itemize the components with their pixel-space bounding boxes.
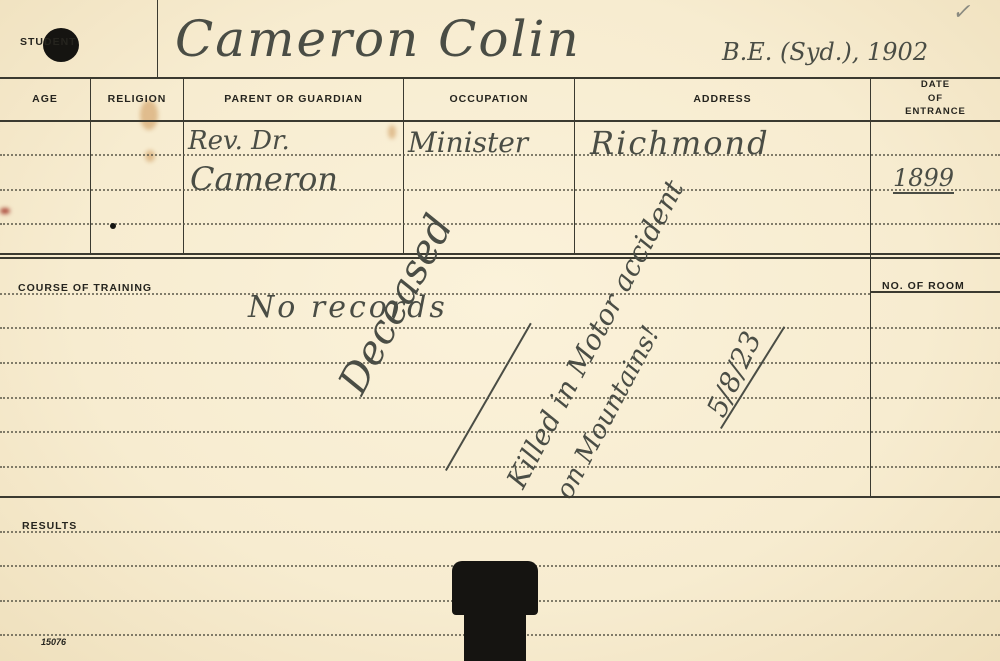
serial-number: 15076 [41,637,66,647]
dotted-line [0,531,1000,533]
student-record-card: STUDENT Cameron Colin B.E. (Syd.), 1902 … [0,0,1000,661]
divider [871,291,1000,293]
student-label: STUDENT [20,36,77,48]
stain [388,125,396,139]
check-mark-icon: ✓ [952,0,970,25]
dotted-line [0,327,1000,329]
date-of-entrance-value: 1899 [893,164,954,194]
divider [574,77,575,255]
divider [0,496,1000,498]
col-date-line1: DATE [871,79,1000,90]
filing-notch [464,600,526,661]
divider [0,120,1000,122]
parent-line1: Rev. Dr. [188,126,290,156]
dotted-line [0,223,1000,225]
divider [870,77,871,497]
col-parent: PARENT OR GUARDIAN [184,93,403,105]
col-date-line3: ENTRANCE [871,106,1000,117]
divider [0,257,1000,259]
divider [157,0,158,78]
col-occupation: OCCUPATION [404,93,574,105]
ink-dot [110,223,116,229]
stain [145,150,155,162]
degree-and-year: B.E. (Syd.), 1902 [722,38,928,66]
dotted-line [0,466,1000,468]
divider [90,77,91,255]
divider [403,77,404,255]
divider [0,77,1000,79]
col-age: AGE [0,93,90,105]
divider [183,77,184,255]
col-address: ADDRESS [575,93,870,105]
occupation-value: Minister [408,126,528,159]
col-religion: RELIGION [91,93,183,105]
dotted-line [0,189,1000,191]
col-date-line2: OF [871,93,1000,104]
dotted-line [0,362,1000,364]
parent-line2: Cameron [190,160,338,198]
student-name: Cameron Colin [175,10,581,68]
dotted-line [0,397,1000,399]
address-value: Richmond [590,124,770,162]
red-mark [0,208,10,214]
dotted-line [0,431,1000,433]
divider [0,253,1000,255]
